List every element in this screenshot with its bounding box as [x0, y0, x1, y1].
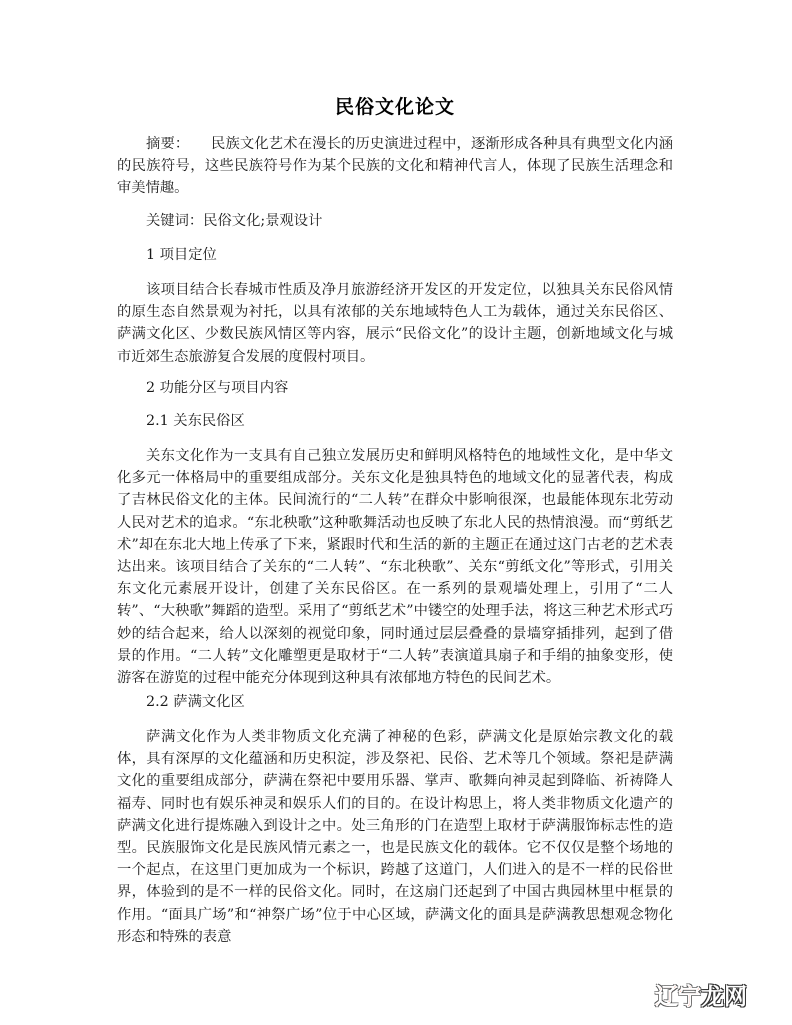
watermark-logo: 辽宁龙网	[655, 980, 765, 1014]
section-paragraph-1: 该项目结合长春城市性质及净月旅游经济开发区的开发定位，以独具关东民俗风情的原生态…	[117, 279, 673, 368]
section-heading-2: 2 功能分区与项目内容	[146, 377, 288, 399]
document-title: 民俗文化论文	[117, 95, 673, 119]
section-paragraph-2-1: 关东文化作为一支具有自己独立发展历史和鲜明风格特色的地域性文化，是中华文化多元一…	[117, 445, 673, 689]
watermark-text-red: 辽宁	[655, 984, 701, 1010]
section-heading-1: 1 项目定位	[146, 244, 217, 266]
section-heading-2-1: 2.1 关东民俗区	[146, 410, 245, 432]
watermark-text-white: 龙网	[701, 984, 747, 1010]
section-heading-2-2: 2.2 萨满文化区	[146, 691, 245, 713]
section-paragraph-2-2: 萨满文化作为人类非物质文化充满了神秘的色彩，萨满文化是原始宗教文化的载体，具有深…	[117, 726, 673, 948]
keywords-line: 关键词：民俗文化;景观设计	[146, 210, 322, 232]
abstract-paragraph: 摘要： 民族文化艺术在漫长的历史演进过程中，逐渐形成各种具有典型文化内涵的民族符…	[117, 133, 673, 200]
